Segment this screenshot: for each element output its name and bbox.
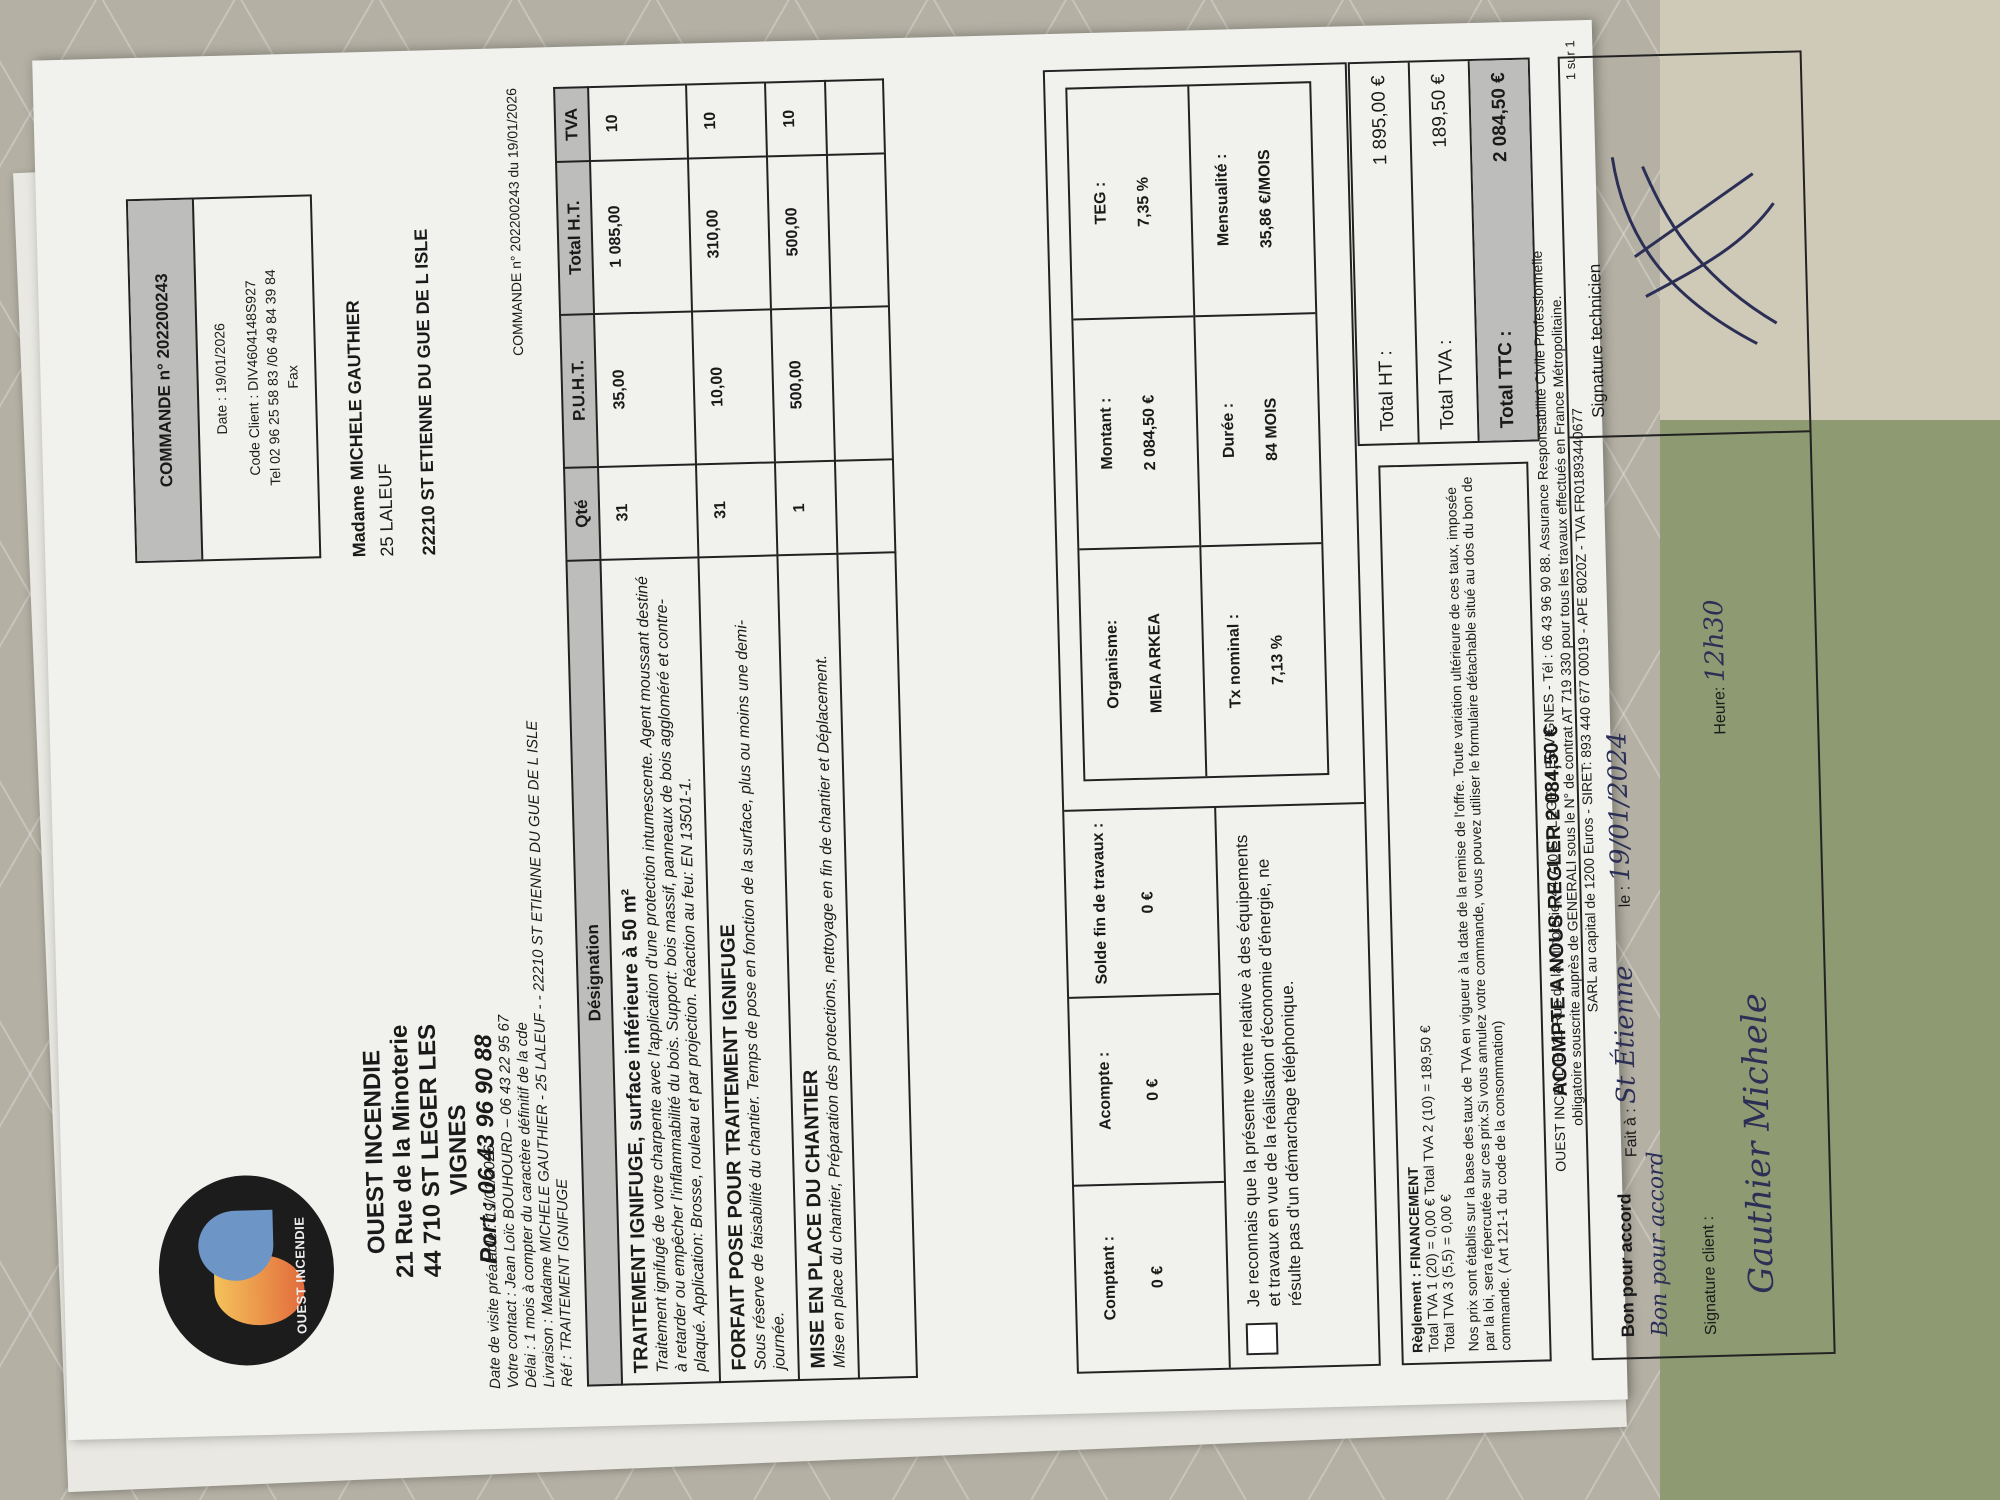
legal-box: Règlement : FINANCEMENT Total TVA 1 (20)…	[1378, 462, 1552, 1366]
rate-value: 7,13 %	[1266, 545, 1290, 774]
logo-text: OUEST INCENDIE	[292, 1216, 310, 1334]
approval-label: Bon pour accord	[1614, 1193, 1639, 1338]
totals-box: Total HT :1 895,00 € Total TVA :189,50 €…	[1348, 57, 1540, 446]
item-total: 310,00	[688, 156, 771, 311]
rate-label: Tx nominal :	[1223, 546, 1247, 775]
cash-label: Comptant :	[1099, 1185, 1122, 1371]
item-unit: 500,00	[771, 307, 835, 461]
order-reference: COMMANDE n° 202200243 du 19/01/2026	[503, 88, 526, 356]
order-title: COMMANDE n° 202200243	[128, 199, 203, 561]
teg-label: TEG :	[1089, 89, 1113, 318]
place-field: Fait à : St Étienne	[1608, 965, 1643, 1158]
company-city: 44 710 ST LEGER LES VIGNES	[413, 1020, 476, 1281]
item-tva: 10	[765, 81, 827, 156]
item-total: 500,00	[767, 155, 831, 309]
client-signature-label: Signature client :	[1700, 1216, 1721, 1336]
item-tva: 10	[686, 82, 767, 158]
order-form-page: OUEST INCENDIE OUEST INCENDIE 21 Rue de …	[32, 20, 1628, 1440]
time-handwritten: 12h30	[1699, 599, 1731, 683]
col-unit-price: P.U.H.T.	[560, 314, 598, 468]
order-number-box: COMMANDE n° 202200243 Date : 19/01/2026 …	[126, 194, 321, 563]
duration-value: 84 MOIS	[1260, 315, 1284, 544]
company-logo: OUEST INCENDIE	[156, 1173, 336, 1368]
deposit-label: Acompte :	[1094, 998, 1117, 1184]
amount-label: Montant :	[1095, 319, 1119, 548]
total-tva-label: Total TVA :	[1435, 339, 1459, 430]
col-qty: Qté	[564, 467, 600, 561]
balance-cell: Solde fin de travaux :0 €	[1064, 808, 1219, 997]
time-label: Heure:	[1711, 686, 1729, 734]
page-number: 1 sur 1	[1562, 40, 1578, 80]
total-ttc-label: Total TTC :	[1495, 330, 1520, 428]
balance-label: Solde fin de travaux :	[1089, 811, 1112, 997]
place-label: Fait à :	[1622, 1108, 1640, 1157]
client-signature: Gauthier Michele	[1734, 993, 1782, 1295]
total-ttc-value: 2 084,50 €	[1488, 72, 1512, 162]
acknowledgement-checkbox[interactable]	[1246, 1322, 1279, 1355]
cash-cell: Comptant :0 €	[1074, 1181, 1229, 1372]
item-qty: 31	[696, 462, 777, 557]
acknowledgement: Je reconnais que la présente vente relat…	[1216, 806, 1308, 1368]
date-handwritten: 19/01/2024	[1602, 731, 1636, 882]
divider	[1570, 430, 1810, 438]
document-photo: OUEST INCENDIE OUEST INCENDIE 21 Rue de …	[50, 40, 1610, 1420]
col-total: Total H.T.	[556, 161, 594, 315]
deposit-cell: Acompte :0 €	[1069, 993, 1224, 1184]
amount-value: 2 084,50 €	[1138, 318, 1162, 547]
time-field: Heure: 12h30	[1699, 599, 1733, 735]
date-label: le :	[1616, 886, 1634, 908]
items-table: Désignation Qté P.U.H.T. Total H.T. TVA …	[553, 78, 918, 1386]
col-tva: TVA	[554, 87, 590, 162]
item-tva: 10	[588, 85, 688, 161]
item-qty: 1	[775, 460, 837, 555]
client-address: Madame MICHELE GAUTHIER 25 LALEUF 22210 …	[337, 228, 444, 557]
balance-value: 0 €	[1137, 810, 1160, 996]
approval-handwritten: Bon pour accord	[1643, 1151, 1673, 1337]
technician-signature	[1602, 133, 1788, 358]
monthly-label: Mensualité :	[1211, 85, 1235, 314]
duration-label: Durée :	[1217, 316, 1241, 545]
total-ht-value: 1 895,00 €	[1368, 75, 1392, 165]
item-unit: 35,00	[594, 311, 696, 466]
item-total: 1 085,00	[590, 158, 692, 313]
payment-section: Comptant :0 € Acompte :0 € Solde fin de …	[1043, 62, 1381, 1374]
teg-value: 7,35 %	[1132, 87, 1156, 316]
financing-table: Organisme:MEIA ARKEA Montant :2 084,50 €…	[1065, 81, 1329, 781]
order-meta: Date de visite préalable : 19/01/2026 Vo…	[470, 720, 577, 1389]
total-ht-label: Total HT :	[1375, 350, 1399, 432]
place-handwritten: St Étienne	[1608, 965, 1642, 1104]
cash-value: 0 €	[1147, 1184, 1170, 1370]
org-label: Organisme:	[1101, 550, 1125, 779]
date-field: le : 19/01/2024	[1602, 731, 1637, 907]
monthly-value: 35,86 €/MOIS	[1254, 84, 1278, 313]
deposit-value: 0 €	[1142, 997, 1165, 1183]
acknowledgement-text: Je reconnais que la présente vente relat…	[1232, 834, 1305, 1307]
item-unit: 10,00	[692, 309, 775, 464]
org-value: MEIA ARKEA	[1144, 549, 1168, 778]
total-tva-value: 189,50 €	[1428, 74, 1452, 149]
item-qty: 31	[598, 464, 698, 560]
